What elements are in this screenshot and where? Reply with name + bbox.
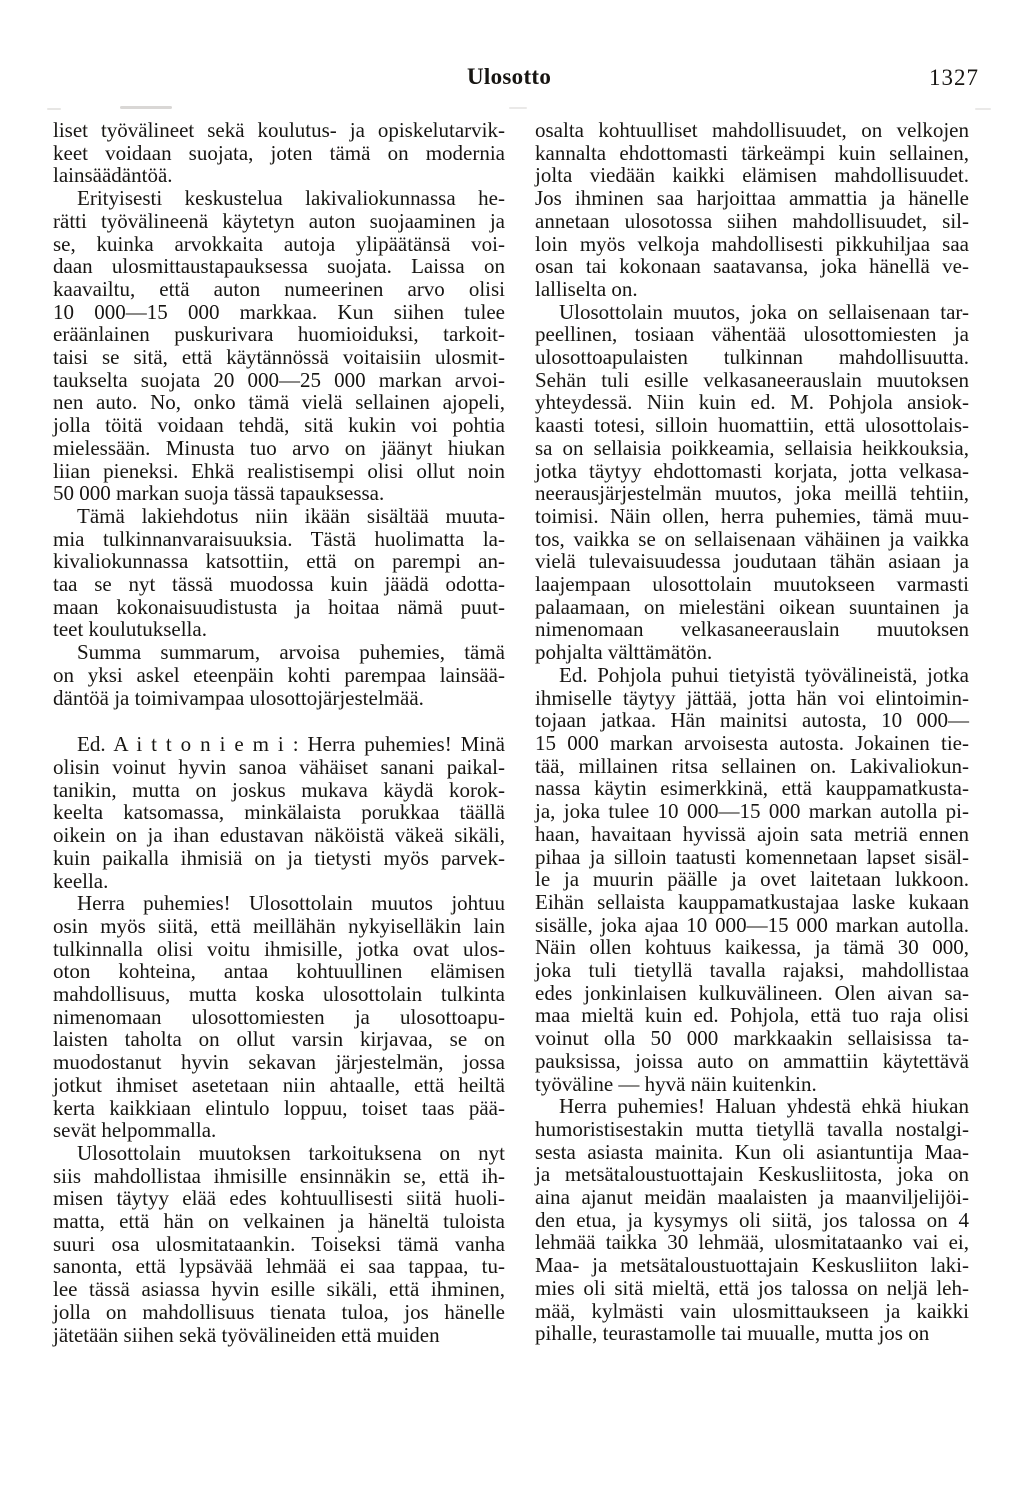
text-line: mia tulkinnanvaraisuuksia. Tästä huolima…: [53, 528, 505, 551]
text-line: muodostanut hyvin sekavan järjestelmän, …: [53, 1051, 505, 1074]
text-line: Jos ihminen saa harjoittaa ammattia ja h…: [535, 187, 969, 210]
text-line: Eihän sellaista kauppamatkustajaa laske …: [535, 891, 969, 914]
text-line: siis mahdollistaa ihmisille ensinnäkin s…: [53, 1165, 505, 1188]
text-line: sa on sellaisia poikkeamia, sellaisia he…: [535, 437, 969, 460]
text-line: rätti työvälineenä käytetyn auton suojaa…: [53, 210, 505, 233]
text-line: keet voidaan suojata, joten tämä on mode…: [53, 142, 505, 165]
text-line: ja, joka tulee 10 000—15 000 markan auto…: [535, 800, 969, 823]
paragraph: Erityisesti keskustelua lakivaliokunnass…: [53, 187, 505, 505]
text-line: 50 000 markan suoja tässä tapauksessa.: [53, 482, 505, 505]
text-line: Herra puhemies! Haluan yhdestä ehkä hiuk…: [535, 1095, 969, 1118]
text-line: lalliselta on.: [535, 278, 969, 301]
text-line: nen auto. No, onko tämä vielä sellainen …: [53, 391, 505, 414]
text-line: Tämä lakiehdotus niin ikään sisältää muu…: [53, 505, 505, 528]
text-line: pihalle, teurastamolle tai muualle, mutt…: [535, 1322, 969, 1345]
paragraph: Herra puhemies! Haluan yhdestä ehkä hiuk…: [535, 1095, 969, 1345]
text-line: olisin voinut hyvin sanoa vähäiset sanan…: [53, 756, 505, 779]
text-line: däntöä ja toimivampaa ulosottojärjestelm…: [53, 687, 505, 710]
text-line: toimisi. Näin ollen, herra puhemies, täm…: [535, 505, 969, 528]
text-line: den etua, ja kysymys oli siitä, jos talo…: [535, 1209, 969, 1232]
text-line: Sehän tuli esille velkasaneerauslain muu…: [535, 369, 969, 392]
paragraph: Ulosottolain muutos, joka on sellaisenaa…: [535, 301, 969, 664]
text-line: sisälle, joka ajaa 10 000—15 000 markan …: [535, 914, 969, 937]
text-line: maa mieltä kuin ed. Pohjola, että tuo ra…: [535, 1004, 969, 1027]
text-line: mielessään. Minusta tuo arvo on jäänyt h…: [53, 437, 505, 460]
text-line: osin myös siitä, että meillähän nykyisel…: [53, 915, 505, 938]
text-line: osalta kohtuulliset mahdollisuudet, on v…: [535, 119, 969, 142]
scanned-document-page: Ulosotto 1327 liset työvälineet sekä kou…: [0, 0, 1024, 1494]
text-line: tää, millainen ritsa sellainen on. Lakiv…: [535, 755, 969, 778]
text-line: Ed. Pohjola puhui tietyistä työvälineist…: [535, 664, 969, 687]
text-line: edes jonkinlaisen kulkuvälineen. Olen ai…: [535, 982, 969, 1005]
text-line: pihaa ja silloin taatusti komennetaan la…: [535, 846, 969, 869]
text-line: oton kohteina, antaa kohtuullinen elämis…: [53, 960, 505, 983]
text-line: mies oli sitä mieltä, että jos talossa o…: [535, 1277, 969, 1300]
text-line: kaasti totesi, silloin huomattiin, että …: [535, 414, 969, 437]
text-line: mää, kylmästi vain ulosmittaukseen ja ka…: [535, 1300, 969, 1323]
text-line: aina ajanut meidän maalaisten ja maanvil…: [535, 1186, 969, 1209]
paragraph: Herra puhemies! Ulosottolain muutos joht…: [53, 892, 505, 1142]
text-line: liset työvälineet sekä koulutus- ja opis…: [53, 119, 505, 142]
text-line: Näin ollen kohtuus kaikessa, ja tämä 30 …: [535, 936, 969, 959]
paragraph: Summa summarum, arvoisa puhemies, tämäon…: [53, 641, 505, 709]
text-line: voinut olla 50 000 markkaakin sellaisiss…: [535, 1027, 969, 1050]
text-line: 10 000—15 000 markkaa. Kun siihen tulee: [53, 301, 505, 324]
text-line: pohjalta välttämätön.: [535, 641, 969, 664]
text-line: palaamaan, on mielestäni oikean suuntain…: [535, 596, 969, 619]
text-line: Ed. A i t t o n i e m i : Herra puhemies…: [53, 733, 505, 756]
text-line: loin myös velkoja mahdollisesti pikkuhil…: [535, 233, 969, 256]
text-line: jolla töitä voidaan tehdä, sitä kukin vo…: [53, 414, 505, 437]
text-line: keelta katsomassa, minkälaista porukkaa …: [53, 801, 505, 824]
text-line: se, kuinka arvokkaita autoja ylipäätänsä…: [53, 233, 505, 256]
text-line: Herra puhemies! Ulosottolain muutos joht…: [53, 892, 505, 915]
text-line: kivaliokunnassa katsottiin, että on pare…: [53, 550, 505, 573]
text-line: Summa summarum, arvoisa puhemies, tämä: [53, 641, 505, 664]
text-line: suuri osa ulosmitataankin. Toiseksi tämä…: [53, 1233, 505, 1256]
text-line: neerausjärjestelmän muutos, joka meillä …: [535, 482, 969, 505]
text-line: tanikin, mutta on joskus mukava käydä ko…: [53, 779, 505, 802]
text-line: annetaan ulosotossa siihen mahdollisuude…: [535, 210, 969, 233]
text-line: teet koulutuksella.: [53, 618, 505, 641]
text-line: joka tuli tietyllä tavalla rajaksi, mahd…: [535, 959, 969, 982]
scan-artifact: [975, 108, 991, 110]
text-line: sevät helpommalla.: [53, 1119, 505, 1142]
paragraph: Tämä lakiehdotus niin ikään sisältää muu…: [53, 505, 505, 641]
scan-artifact: [120, 106, 172, 109]
text-line: le ja muurin päälle ja ovet laitetaan lu…: [535, 868, 969, 891]
text-line: laisten taholta on ollut varsin kirjavaa…: [53, 1028, 505, 1051]
text-line: kerta kaikkiaan elintulo loppuu, toiset …: [53, 1097, 505, 1120]
text-line: jotkut ihmiset asetetaan niin ahtaalle, …: [53, 1074, 505, 1097]
text-line: taukselta suojata 20 000—25 000 markan a…: [53, 369, 505, 392]
scan-artifact: [47, 108, 61, 110]
text-line: lehmää taikka 30 lehmää, ulosmitataanko …: [535, 1231, 969, 1254]
text-line: 15 000 markan arvoisesta autosta. Jokain…: [535, 732, 969, 755]
text-line: lainsäädäntöä.: [53, 164, 505, 187]
text-line: kuin paikalla ihmisiä on ja tietysti myö…: [53, 847, 505, 870]
text-line: tos, vaikka se on sellaisenaan vähäinen …: [535, 528, 969, 551]
text-line: eräänlainen puskurivara huomioiduksi, ta…: [53, 323, 505, 346]
text-line: Maa- ja metsätaloustuottajain Keskusliit…: [535, 1254, 969, 1277]
text-line: humoristisestakin mutta tietyllä tavalla…: [535, 1118, 969, 1141]
text-line: tulkinnalla olisi voitu ihmisille, jotka…: [53, 938, 505, 961]
text-line: liian pieneksi. Ehkä realistisempi olisi…: [53, 460, 505, 483]
text-line: maan kokonaisuudistusta ja hoitaa nämä p…: [53, 596, 505, 619]
text-column-left: liset työvälineet sekä koulutus- ja opis…: [53, 119, 505, 1346]
text-line: taa se nyt tässä muodossa kuin jäädä odo…: [53, 573, 505, 596]
text-line: misen täytyy elää edes kohtuullisesti si…: [53, 1187, 505, 1210]
text-line: vielä tulevaisuudessa joudutaan tähän as…: [535, 550, 969, 573]
text-columns: liset työvälineet sekä koulutus- ja opis…: [53, 119, 969, 1346]
page-number: 1327: [929, 65, 979, 91]
text-line: Ulosottolain muutoksen tarkoituksena on …: [53, 1142, 505, 1165]
text-line: laajempaan ulosottolain muutokseen varma…: [535, 573, 969, 596]
text-line: daan ulosmittaustapauksessa suojata. Lai…: [53, 255, 505, 278]
text-line: matta, että hän on velkainen ja häneltä …: [53, 1210, 505, 1233]
text-line: ulosottoapulaisten tulkinnan mahdollisuu…: [535, 346, 969, 369]
text-line: jolla on mahdollisuus tienata tuloa, jos…: [53, 1301, 505, 1324]
text-line: kannalta ehdottomasti tärkeämpi kuin sel…: [535, 142, 969, 165]
text-line: työväline — hyvä näin kuitenkin.: [535, 1073, 969, 1096]
running-head-section-title: Ulosotto: [467, 64, 551, 90]
text-line: pauksissa, joissa auto on ammattiin käyt…: [535, 1050, 969, 1073]
paragraph: Ed. Pohjola puhui tietyistä työvälineist…: [535, 664, 969, 1095]
text-column-right: osalta kohtuulliset mahdollisuudet, on v…: [535, 119, 969, 1346]
text-line: jolta viedään kaikki elämisen mahdollisu…: [535, 164, 969, 187]
text-line: osan tai kokonaan saatavansa, joka hänel…: [535, 255, 969, 278]
text-line: Ulosottolain muutos, joka on sellaisenaa…: [535, 301, 969, 324]
text-line: mahdollisuus, mutta koska ulosottolain t…: [53, 983, 505, 1006]
text-line: lee tässä asiassa hyvin esille sikäli, e…: [53, 1278, 505, 1301]
text-line: Erityisesti keskustelua lakivaliokunnass…: [53, 187, 505, 210]
text-line: taisi se sitä, että käytännössä voitaisi…: [53, 346, 505, 369]
scan-artifact: [509, 107, 527, 109]
paragraph: Ulosottolain muutoksen tarkoituksena on …: [53, 1142, 505, 1346]
paragraph: Ed. A i t t o n i e m i : Herra puhemies…: [53, 733, 505, 892]
text-line: on yksi askel eteenpäin kohti parempaa l…: [53, 664, 505, 687]
text-line: peellinen, tosiaan vähentää ulosottomies…: [535, 323, 969, 346]
text-line: nassa käytin esimerkkinä, että kauppamat…: [535, 777, 969, 800]
paragraph: osalta kohtuulliset mahdollisuudet, on v…: [535, 119, 969, 301]
text-line: ja metsätaloustuottajain Keskusliitosta,…: [535, 1163, 969, 1186]
text-line: jotka täytyy ehdottomasti korjata, jotta…: [535, 460, 969, 483]
text-line: oikein on ja ihan edustavan näköistä väk…: [53, 824, 505, 847]
text-line: sesta asiasta mainita. Kun oli asiantunt…: [535, 1141, 969, 1164]
text-line: haan, havaitaan hyvissä ajoin sata metri…: [535, 823, 969, 846]
paragraph: liset työvälineet sekä koulutus- ja opis…: [53, 119, 505, 187]
text-line: sanonta, että lypsävää lehmää ei saa tap…: [53, 1255, 505, 1278]
text-line: kaavailtu, että auton numeerinen arvo ol…: [53, 278, 505, 301]
text-line: nimenomaan velkasaneerauslain muutoksen: [535, 618, 969, 641]
text-line: ihmiselle täytyy jättää, jotta hän voi e…: [535, 687, 969, 710]
text-line: jätetään siihen sekä työvälineiden että …: [53, 1324, 505, 1347]
text-line: nimenomaan ulosottomiesten ja ulosottoap…: [53, 1006, 505, 1029]
text-line: yhteydessä. Niin kuin ed. M. Pohjola ans…: [535, 391, 969, 414]
text-line: keella.: [53, 870, 505, 893]
text-line: tojaan jatkaa. Hän mainitsi autosta, 10 …: [535, 709, 969, 732]
